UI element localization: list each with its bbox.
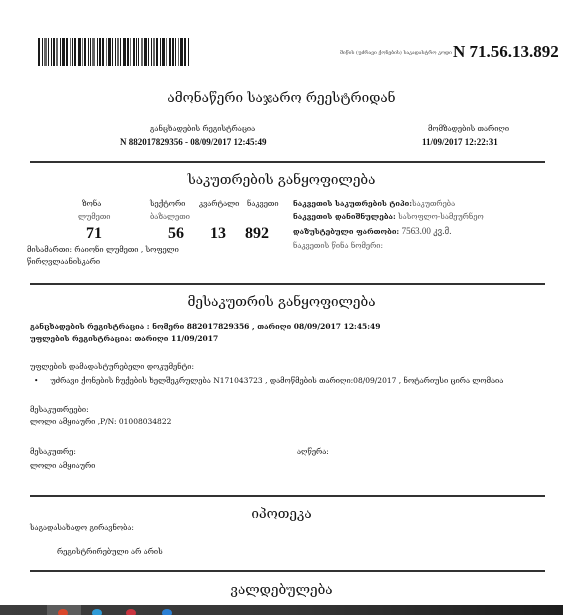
owners-label: მესაკუთრეები:	[30, 405, 89, 414]
purpose-label: ნაკვეთის დანიშნულება:	[293, 212, 396, 221]
app-icon[interactable]	[126, 609, 136, 615]
app-icon[interactable]	[162, 609, 172, 615]
taskbar	[0, 605, 563, 615]
basis-label: უფლების დამადასტურებელი დოკუმენტი:	[30, 362, 194, 371]
sector-name: ბაზალეთი	[150, 212, 190, 221]
description-label: აღწერა:	[297, 447, 329, 456]
app-icon[interactable]	[92, 609, 102, 615]
tax-lien-label: საგადასახადო გირავნობა:	[30, 523, 134, 532]
parcel-number: 892	[245, 225, 269, 243]
obligation-section-title: ვალდებულება	[0, 582, 563, 598]
prepared-date-label: მომზადების თარიღი	[428, 124, 509, 133]
quarter-number: 13	[210, 225, 226, 243]
ownership-type-value: საკუთრება	[412, 199, 455, 208]
sector-label: სექტორი	[150, 199, 185, 208]
rights-registration-line: უფლების რეგისტრაცია: თარიღი 11/09/2017	[30, 334, 218, 343]
barcode	[38, 38, 216, 66]
zone-number: 71	[86, 225, 102, 243]
tax-lien-value: რეგისტრირებული არ არის	[57, 547, 163, 556]
parcel-label: ნაკვეთი	[247, 199, 279, 208]
sector-number: 56	[168, 225, 184, 243]
divider	[30, 283, 545, 285]
document-page: მიწის (უძრავი ქონების) საკადასტრო კოდი N…	[0, 0, 563, 605]
ownership-type-label: ნაკვეთის საკუთრების ტიპი:	[293, 199, 412, 208]
property-section-title: საკუთრების განყოფილება	[0, 172, 563, 188]
area-label: დაზუსტებული ფართობი:	[293, 227, 399, 236]
owners-value: ლოლი ამყიაური ,P/N: 01008034822	[30, 417, 171, 426]
basis-item: •უძრავი ქონების ჩუქების ხელშეკრულება N17…	[34, 376, 503, 385]
owner-section-title: მესაკუთრის განყოფილება	[0, 294, 563, 310]
divider	[30, 495, 545, 497]
prepared-date-value: 11/09/2017 12:22:31	[422, 137, 498, 147]
cadastral-code-label: მიწის (უძრავი ქონების) საკადასტრო კოდი	[340, 50, 452, 56]
mortgage-section-title: იპოთეკა	[0, 506, 563, 522]
zone-name: ლუმეთი	[78, 212, 111, 221]
application-value: N 882017829356 - 08/09/2017 12:45:49	[120, 137, 267, 147]
area-value: 7563.00 კვ.მ.	[402, 226, 452, 236]
divider	[30, 161, 545, 163]
address: მისამართი: რაიონი ლუმეთი , სოფელი წირღვლ…	[27, 244, 217, 268]
document-title: ამონაწერი საჯარო რეესტრიდან	[0, 90, 563, 106]
app-icon[interactable]	[58, 609, 68, 615]
quarter-label: კვარტალი	[199, 199, 239, 208]
divider	[30, 570, 545, 572]
previous-number-label: ნაკვეთის წინა ნომერი:	[293, 241, 383, 250]
purpose-value: სასოფლო-სამეურნეო	[398, 212, 484, 221]
owner-label: მესაკუთრე:	[30, 447, 76, 456]
registration-line: განცხადების რეგისტრაცია : ნომერი 8820178…	[30, 322, 380, 331]
owner-value: ლოლი ამყიაური	[30, 461, 95, 470]
cadastral-code: N 71.56.13.892	[453, 42, 559, 62]
zone-label: ზონა	[82, 199, 101, 208]
application-label: განცხადების რეგისტრაცია	[150, 124, 255, 133]
bullet-icon: •	[34, 376, 38, 385]
